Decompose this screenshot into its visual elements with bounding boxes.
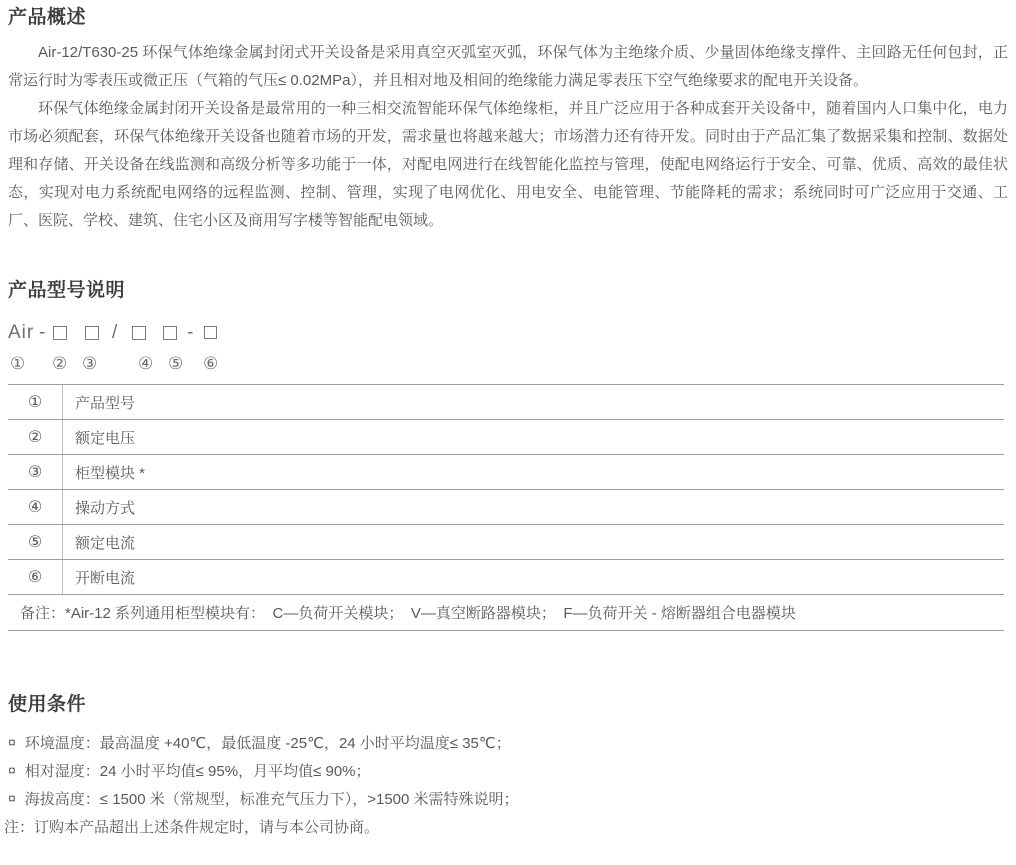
placeholder-box-icon-3: [132, 326, 146, 340]
row-label: 额定电压: [63, 420, 135, 454]
placeholder-box-icon-2: [85, 326, 99, 340]
table-note-row: 备注：*Air-12 系列通用柜型模块有： C—负荷开关模块； V—真空断路器模…: [8, 595, 1004, 631]
conditions-list: ¤ 环境温度：最高温度 +40℃，最低温度 -25℃，24 小时平均温度≤ 35…: [8, 728, 1008, 840]
circled-number-1: ①: [10, 354, 25, 374]
row-label: 柜型模块 *: [63, 455, 145, 489]
section-overview: 产品概述 Air-12/T630-25 环保气体绝缘金属封闭式开关设备是采用真空…: [8, 6, 1008, 235]
row-label: 操动方式: [63, 490, 135, 524]
row-number: ④: [8, 490, 63, 524]
bullet-icon: ¤: [8, 762, 16, 778]
bullet-icon: ¤: [8, 790, 16, 806]
circled-number-2: ②: [52, 354, 67, 374]
conditions-note: 注：订购本产品超出上述条件规定时，请与本公司协商。: [4, 812, 1008, 840]
row-number: ⑤: [8, 525, 63, 559]
row-number: ⑥: [8, 560, 63, 594]
formula-dash-1: -: [39, 321, 45, 345]
row-label: 开断电流: [63, 560, 135, 594]
circled-number-4: ④: [138, 354, 153, 374]
row-label: 额定电流: [63, 525, 135, 559]
condition-text: 海拔高度：≤ 1500 米（常规型，标准充气压力下），>1500 米需特殊说明；: [25, 788, 519, 809]
section-model: 产品型号说明 Air - / - ① ② ③ ④ ⑤ ⑥ ① 产品型号: [8, 279, 1008, 631]
placeholder-box-icon-1: [53, 326, 67, 340]
placeholder-box-icon-4: [163, 326, 177, 340]
table-row: ⑥ 开断电流: [8, 560, 1004, 595]
document-page: 产品概述 Air-12/T630-25 环保气体绝缘金属封闭式开关设备是采用真空…: [0, 0, 1016, 865]
condition-item: ¤ 环境温度：最高温度 +40℃，最低温度 -25℃，24 小时平均温度≤ 35…: [8, 728, 1008, 756]
row-number: ①: [8, 385, 63, 419]
table-row: ① 产品型号: [8, 385, 1004, 420]
model-title: 产品型号说明: [8, 279, 1008, 303]
overview-paragraph-2: 环保气体绝缘金属封闭开关设备是最常用的一种三相交流智能环保气体绝缘柜，并且广泛应…: [8, 95, 1008, 235]
table-row: ② 额定电压: [8, 420, 1004, 455]
circled-number-5: ⑤: [168, 354, 183, 374]
table-row: ⑤ 额定电流: [8, 525, 1004, 560]
condition-item: ¤ 海拔高度：≤ 1500 米（常规型，标准充气压力下），>1500 米需特殊说…: [8, 784, 1008, 812]
overview-title: 产品概述: [8, 6, 1008, 30]
circled-number-3: ③: [82, 354, 97, 374]
overview-paragraph-1: Air-12/T630-25 环保气体绝缘金属封闭式开关设备是采用真空灭弧室灭弧…: [8, 39, 1008, 95]
bullet-icon: ¤: [8, 734, 16, 750]
formula-slash: /: [112, 321, 117, 345]
section-conditions: 使用条件 ¤ 环境温度：最高温度 +40℃，最低温度 -25℃，24 小时平均温…: [8, 693, 1008, 840]
row-number: ③: [8, 455, 63, 489]
condition-text: 环境温度：最高温度 +40℃，最低温度 -25℃，24 小时平均温度≤ 35℃；: [25, 732, 511, 753]
row-number: ②: [8, 420, 63, 454]
model-formula: Air - / -: [8, 321, 1008, 347]
row-label: 产品型号: [63, 385, 135, 419]
condition-text: 相对湿度：24 小时平均值≤ 95%，月平均值≤ 90%；: [25, 760, 371, 781]
placeholder-box-icon-5: [204, 326, 217, 339]
formula-dash-2: -: [187, 321, 193, 345]
table-row: ④ 操动方式: [8, 490, 1004, 525]
circled-number-6: ⑥: [203, 354, 218, 374]
model-table: ① 产品型号 ② 额定电压 ③ 柜型模块 * ④ 操动方式 ⑤ 额定电流 ⑥ 开…: [8, 384, 1004, 631]
condition-item: ¤ 相对湿度：24 小时平均值≤ 95%，月平均值≤ 90%；: [8, 756, 1008, 784]
model-formula-labels: ① ② ③ ④ ⑤ ⑥: [8, 354, 1008, 374]
table-row: ③ 柜型模块 *: [8, 455, 1004, 490]
conditions-title: 使用条件: [8, 693, 1008, 717]
formula-prefix: Air: [8, 321, 34, 345]
